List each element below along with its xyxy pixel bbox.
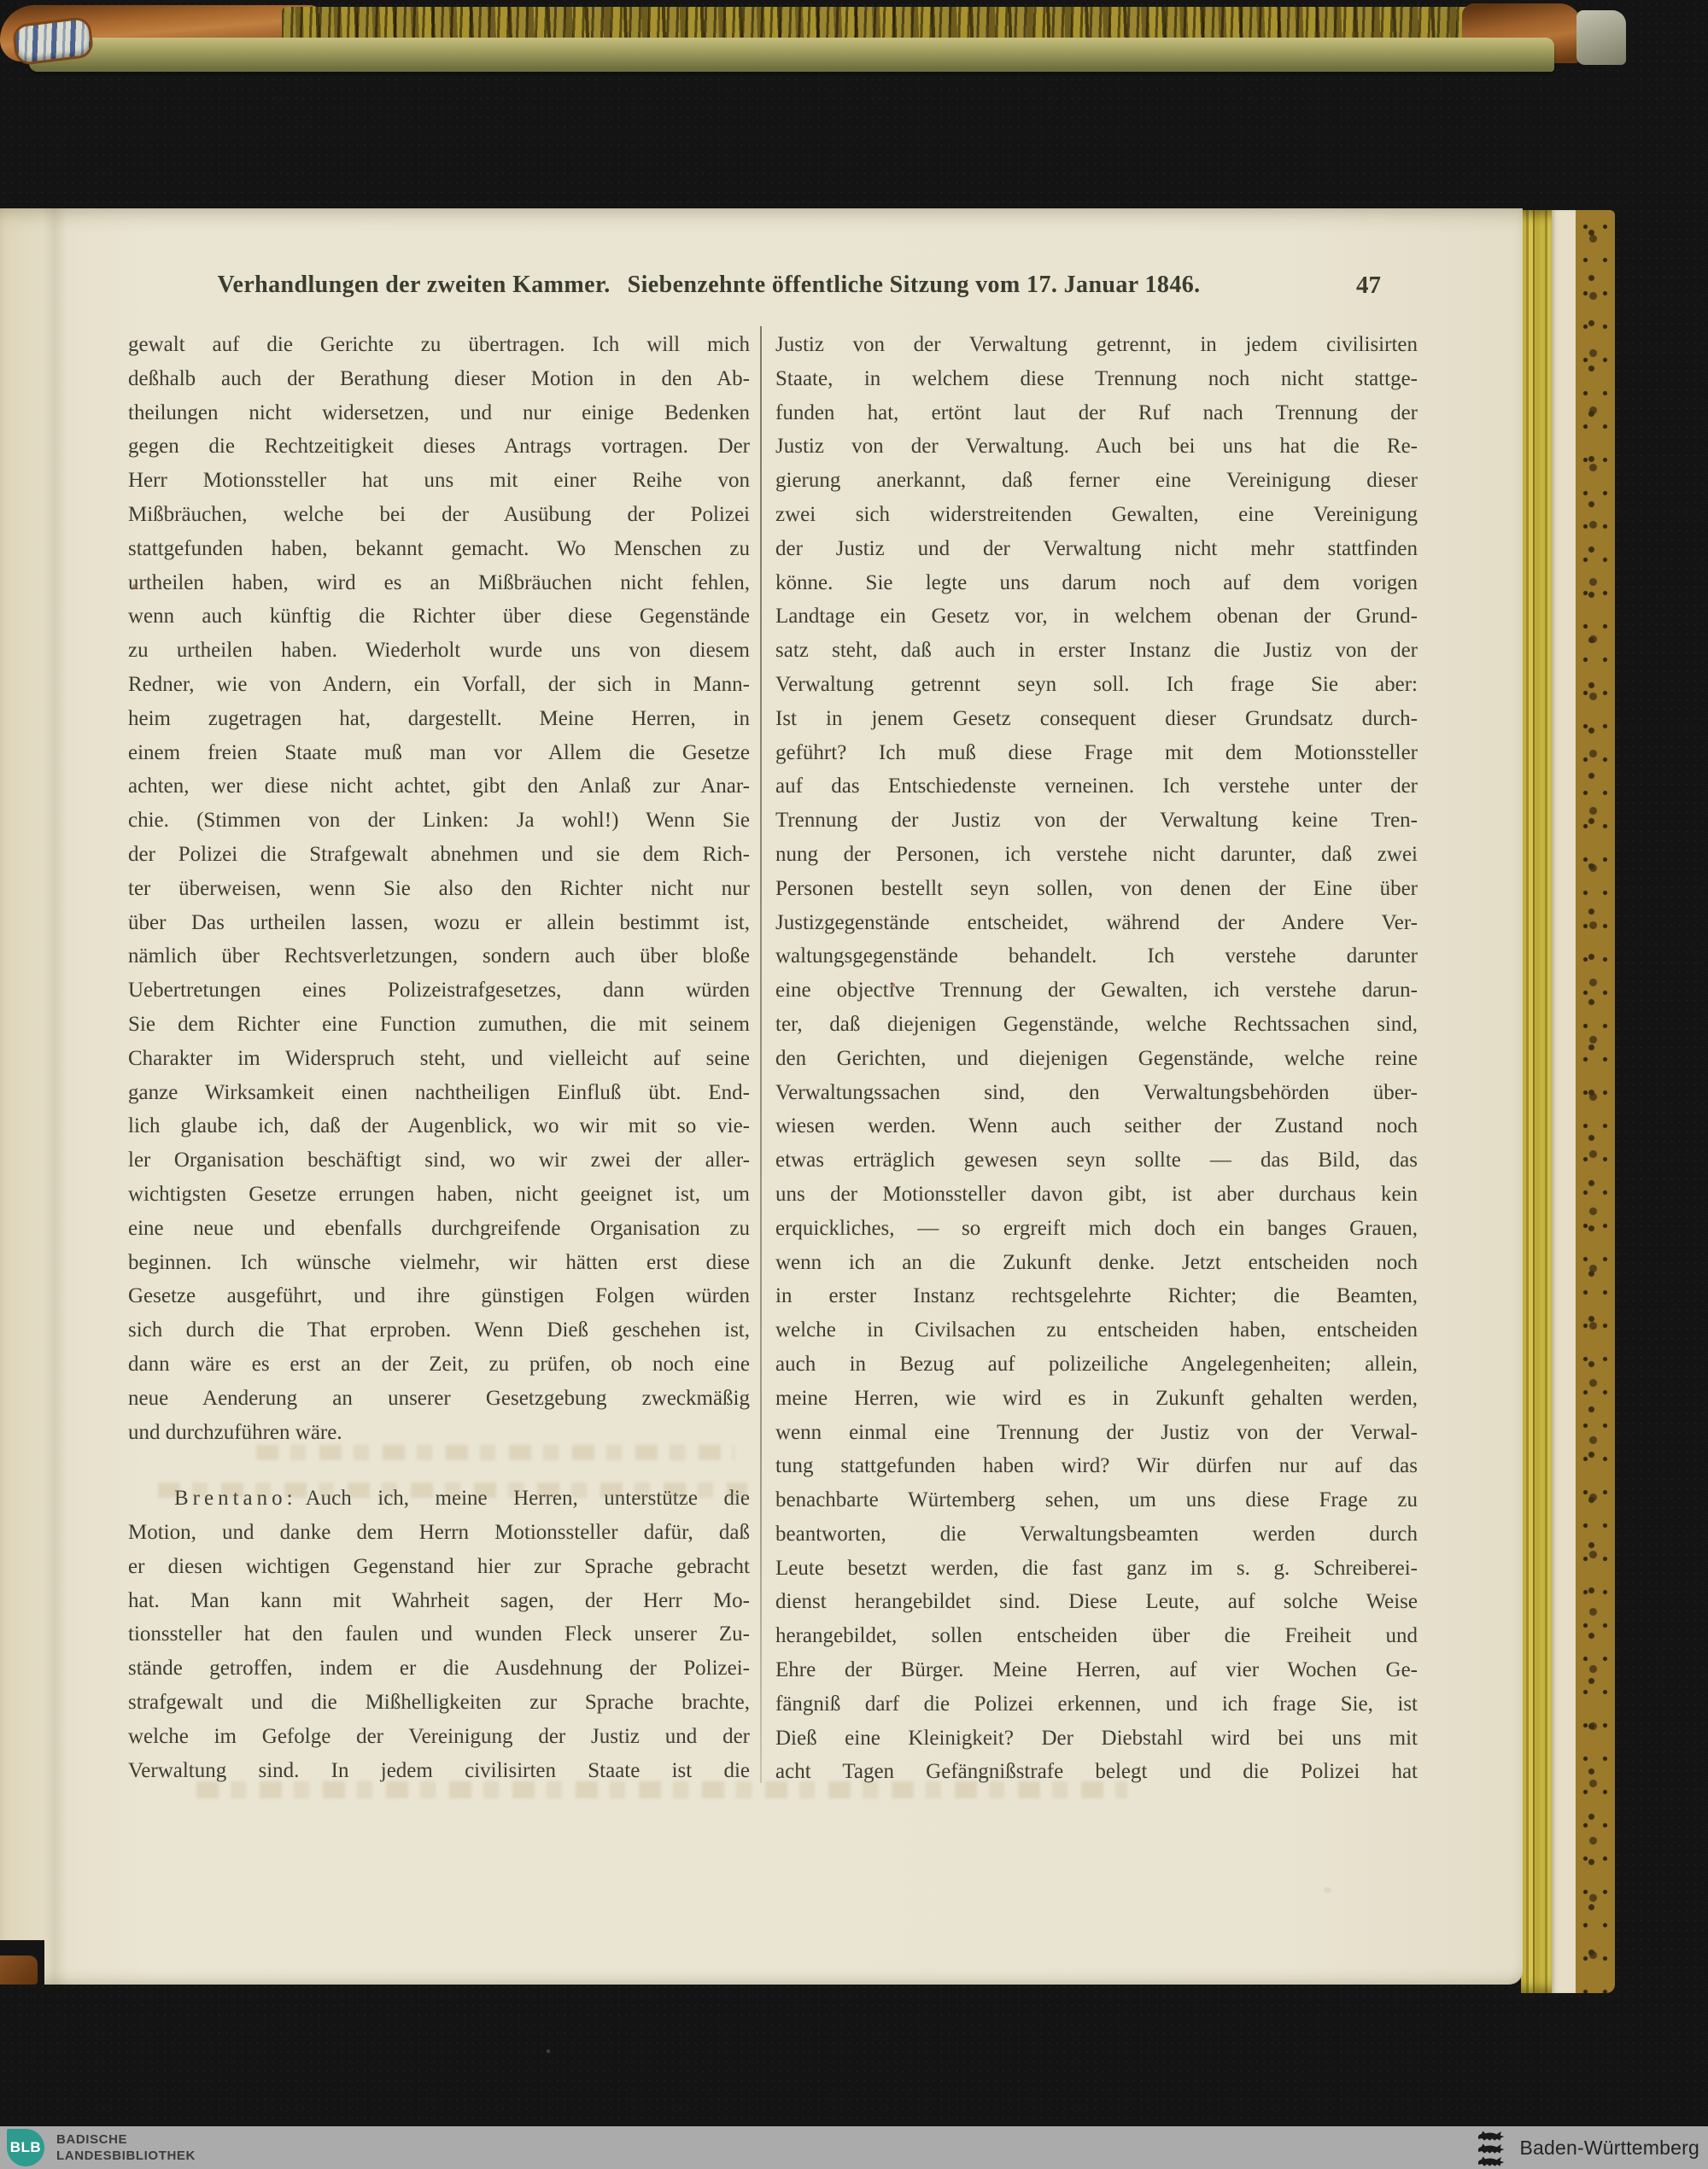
text-line: stattgefunden haben, bekannt gemacht. Wo… — [128, 532, 750, 566]
text-line: dann wäre es erst an der Zeit, zu prüfen… — [128, 1348, 750, 1382]
paper-speck — [132, 584, 137, 589]
text-line: welche in Civilsachen zu entscheiden hab… — [775, 1313, 1418, 1348]
text-line: waltungsgegenstände behandelt. Ich verst… — [775, 939, 1418, 973]
text-line: heim zugetragen hat, dargestellt. Meine … — [128, 702, 750, 736]
text-line: wenn auch künftig die Richter über diese… — [128, 599, 750, 634]
show-through-ghost-text — [256, 1445, 734, 1460]
text-line: achten, wer diese nicht achtet, gibt den… — [128, 769, 750, 804]
text-line: zwei sich widerstreitenden Gewalten, ein… — [775, 498, 1418, 532]
text-line: wichtigsten Gesetze errungen haben, nich… — [128, 1178, 750, 1212]
fore-edge-paper-strip — [1552, 210, 1576, 1993]
text-line: etwas erträglich gewesen seyn sollte — d… — [775, 1143, 1418, 1178]
text-line: beantworten, die Verwaltungsbeamten werd… — [775, 1517, 1418, 1552]
page-block-top-edge — [29, 38, 1554, 72]
text-line: den Gerichten, und diejenigen Gegenständ… — [775, 1042, 1418, 1076]
fore-edge-marbled-board — [1576, 210, 1615, 1993]
text-line: tionssteller hat den faulen und wunden F… — [128, 1617, 750, 1652]
text-line: Justiz von der Verwaltung. Auch bei uns … — [775, 430, 1418, 464]
scan-background: Verhandlungen der zweiten Kammer.Siebenz… — [0, 0, 1708, 2169]
text-line: Uebertretungen eines Polizeistrafgesetze… — [128, 973, 750, 1008]
book-page: Verhandlungen der zweiten Kammer.Siebenz… — [0, 208, 1523, 1985]
library-name-line2: LANDESBIBLIOTHEK — [56, 2148, 196, 2164]
library-name: BADISCHE LANDESBIBLIOTHEK — [56, 2131, 196, 2164]
blb-abbreviation: BLB — [10, 2139, 41, 2156]
dust-speck — [1324, 1887, 1331, 1893]
text-line: Personen bestellt seyn sollen, von denen… — [775, 872, 1418, 906]
text-line: uns der Motionssteller davon gibt, ist a… — [775, 1178, 1418, 1212]
page-crease — [43, 208, 67, 1985]
text-line: welche im Gefolge der Vereinigung der Ju… — [128, 1720, 750, 1754]
text-line: wenn einmal eine Trennung der Justiz von… — [775, 1416, 1418, 1450]
text-line: sich durch die That erproben. Wenn Dieß … — [128, 1313, 750, 1348]
text-line: auch in Bezug auf polizeiliche Angelegen… — [775, 1348, 1418, 1382]
board-edge-chunk — [1576, 10, 1626, 65]
text-line: satz steht, daß auch in erster Instanz d… — [775, 634, 1418, 668]
state-logo-group: Baden-Württemberg — [1476, 2126, 1700, 2169]
text-line: Gesetze ausgeführt, und ihre günstigen F… — [128, 1279, 750, 1313]
text-line: fängniß darf die Polizei erkennen, und i… — [775, 1687, 1418, 1722]
left-text-column: gewalt auf die Gerichte zu übertragen. I… — [128, 328, 750, 1787]
leather-corner-bottom-left — [0, 1956, 38, 1985]
text-line: geführt? Ich muß diese Frage mit dem Mot… — [775, 736, 1418, 770]
text-line: er diesen wichtigen Gegenstand hier zur … — [128, 1550, 750, 1584]
text-line: herangebildet, sollen entscheiden über d… — [775, 1619, 1418, 1653]
text-line: ter überweisen, wenn Sie also den Richte… — [128, 872, 750, 906]
text-line: in erster Instanz rechtsgelehrte Richter… — [775, 1279, 1418, 1313]
text-line: der Justiz und der Verwaltung nicht mehr… — [775, 532, 1418, 566]
text-line: über Das urtheilen lassen, wozu er allei… — [128, 906, 750, 940]
text-line: Dieß eine Kleinigkeit? Der Diebstahl wir… — [775, 1722, 1418, 1756]
text-line: deßhalb auch der Berathung dieser Motion… — [128, 362, 750, 396]
state-label: Baden-Württemberg — [1520, 2137, 1700, 2160]
text-line: Verwaltungssachen sind, den Verwaltungsb… — [775, 1076, 1418, 1110]
three-lions-coat-of-arms-icon — [1476, 2129, 1510, 2166]
running-header: Verhandlungen der zweiten Kammer.Siebenz… — [128, 272, 1290, 299]
text-line: Justiz von der Verwaltung getrennt, in j… — [775, 328, 1418, 362]
text-line: eine objective Trennung der Gewalten, ic… — [775, 973, 1418, 1008]
text-line: Justizgegenstände entscheidet, während d… — [775, 906, 1418, 940]
text-line: Motion, und danke dem Herrn Motionsstell… — [128, 1516, 750, 1550]
text-line: dienst herangebildet sind. Diese Leute, … — [775, 1585, 1418, 1619]
text-line: Staate, in welchem diese Trennung noch n… — [775, 362, 1418, 396]
text-line: Verwaltung getrennt seyn soll. Ich frage… — [775, 668, 1418, 702]
text-line: hat. Man kann mit Wahrheit sagen, der He… — [128, 1584, 750, 1618]
text-line: tung stattgefunden haben wird? Wir dürfe… — [775, 1449, 1418, 1483]
text-line: beginnen. Ich wünsche vielmehr, wir hätt… — [128, 1246, 750, 1280]
text-line: nung der Personen, ich verstehe nicht da… — [775, 838, 1418, 872]
text-line: Sie dem Richter eine Function zumuthen, … — [128, 1008, 750, 1042]
show-through-ghost-text — [196, 1781, 1127, 1798]
text-line: auf das Entschiedenste verneinen. Ich ve… — [775, 769, 1418, 804]
text-line: Trennung der Justiz von der Verwaltung k… — [775, 804, 1418, 838]
branding-bar: BLB BADISCHE LANDESBIBLIOTHEK Baden-Würt… — [0, 2126, 1708, 2169]
dust-speck — [547, 2049, 550, 2053]
text-line: zu urtheilen haben. Wiederholt wurde uns… — [128, 634, 750, 668]
text-line: Mißbräuchen, welche bei der Ausübung der… — [128, 498, 750, 532]
text-line: gegen die Rechtzeitigkeit dieses Antrags… — [128, 430, 750, 464]
text-line: ler Organisation beschäftigt sind, wo wi… — [128, 1143, 750, 1178]
text-line: Ist in jenem Gesetz consequent dieser Gr… — [775, 702, 1418, 736]
fore-edge-gilt-strip — [1521, 210, 1552, 1993]
text-line: funden hat, ertönt laut der Ruf nach Tre… — [775, 396, 1418, 430]
column-divider-rule — [760, 326, 762, 1783]
paper-speck — [891, 983, 895, 987]
text-line: gewalt auf die Gerichte zu übertragen. I… — [128, 328, 750, 362]
right-text-column: Justiz von der Verwaltung getrennt, in j… — [775, 328, 1418, 1789]
library-name-line1: BADISCHE — [56, 2131, 196, 2148]
text-line: Herr Motionssteller hat uns mit einer Re… — [128, 464, 750, 498]
text-line: chie. (Stimmen von der Linken: Ja wohl!)… — [128, 804, 750, 838]
text-line: ter, daß diejenigen Gegenstände, welche … — [775, 1008, 1418, 1042]
show-through-ghost-text — [158, 1482, 747, 1498]
text-line: strafgewalt und die Mißhelligkeiten zur … — [128, 1686, 750, 1720]
text-line: Redner, wie von Andern, ein Vorfall, der… — [128, 668, 750, 702]
text-line: eine neue und ebenfalls durchgreifende O… — [128, 1212, 750, 1246]
blb-drop-logo-icon: BLB — [7, 2129, 44, 2166]
text-line: Landtage ein Gesetz vor, in welchem oben… — [775, 599, 1418, 634]
text-line: benachbarte Würtemberg sehen, um uns die… — [775, 1483, 1418, 1517]
text-line: der Polizei die Strafgewalt abnehmen und… — [128, 838, 750, 872]
text-line: Ehre der Bürger. Meine Herren, auf vier … — [775, 1653, 1418, 1687]
text-line: lich glaube ich, daß der Augenblick, wo … — [128, 1109, 750, 1143]
text-line: meine Herren, wie wird es in Zukunft geh… — [775, 1382, 1418, 1416]
running-header-journal: Verhandlungen der zweiten Kammer. — [217, 272, 610, 298]
text-line: Leute besetzt werden, die fast ganz im s… — [775, 1552, 1418, 1586]
text-line: ganze Wirksamkeit einen nachtheiligen Ei… — [128, 1076, 750, 1110]
text-line: theilungen nicht widersetzen, und nur ei… — [128, 396, 750, 430]
running-header-session: Siebenzehnte öffentliche Sitzung vom 17.… — [628, 272, 1201, 298]
text-line: urtheilen haben, wird es an Mißbräuchen … — [128, 566, 750, 600]
library-logo-group: BLB BADISCHE LANDESBIBLIOTHEK — [7, 2129, 196, 2166]
text-line: nämlich über Rechtsverletzungen, sondern… — [128, 939, 750, 973]
page-number: 47 — [1356, 272, 1381, 300]
text-line: einem freien Staate muß man vor Allem di… — [128, 736, 750, 770]
text-line: wiesen werden. Wenn auch seither der Zus… — [775, 1109, 1418, 1143]
text-line: Charakter im Widerspruch steht, und viel… — [128, 1042, 750, 1076]
text-line: könne. Sie legte uns darum noch auf dem … — [775, 566, 1418, 600]
text-line: neue Aenderung an unserer Gesetzgebung z… — [128, 1382, 750, 1416]
text-line: gierung anerkannt, daß ferner eine Verei… — [775, 464, 1418, 498]
book-top-edge — [0, 0, 1631, 72]
text-line: erquickliches, — so ergreift mich doch e… — [775, 1212, 1418, 1246]
text-line: wenn ich an die Zukunft denke. Jetzt ent… — [775, 1246, 1418, 1280]
text-line: stände getroffen, indem er die Ausdehnun… — [128, 1652, 750, 1686]
